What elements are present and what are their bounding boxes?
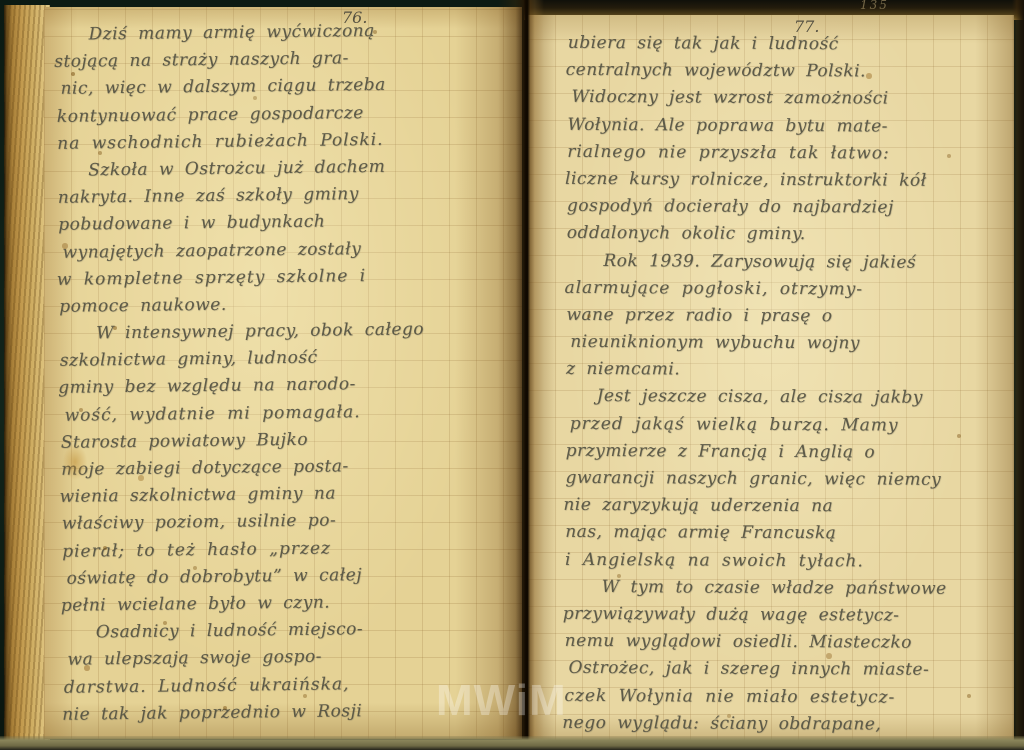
- handwritten-line: oddalonych okolic gminy.: [567, 220, 1011, 250]
- handwritten-line: nas, mając armię Francuską: [565, 519, 1009, 549]
- handwritten-line: nie zaryzykują uderzenia na: [563, 492, 1009, 522]
- handwritten-line: liczne kursy rolnicze, instruktorki kół: [565, 166, 1011, 196]
- handwritten-line: ubiera się tak jak i ludność: [568, 30, 1012, 60]
- foxing-spots-left: [44, 7, 46, 9]
- handwritten-line: gwarancji naszych granic, więc niemcy: [565, 465, 1009, 495]
- handwritten-line: Jest jeszcze cisza, ale cisza jakby: [564, 383, 1010, 413]
- diary-scan: 76. Dziś mamy armię wyćwiczonąstojącą na…: [0, 0, 1024, 750]
- right-page: 77. ubiera się tak jak i ludnośćcentraln…: [528, 15, 1014, 742]
- handwritten-line: z niemcami.: [566, 356, 1010, 386]
- handwritten-line: nieuniknionym wybuchu wojny: [570, 329, 1010, 358]
- handwritten-line: Ostrożec, jak i szereg innych miaste-: [568, 655, 1008, 684]
- handwritten-line: gospodyń docierały do najbardziej: [567, 193, 1011, 223]
- handwritten-line: nemu wyglądowi osiedli. Miasteczko: [565, 628, 1009, 658]
- handwritten-line: rialnego nie przyszła tak łatwo:: [567, 139, 1011, 169]
- archive-watermark: MWiM: [436, 676, 567, 726]
- left-page: 76. Dziś mamy armię wyćwiczonąstojącą na…: [4, 5, 524, 742]
- bottom-cover-edge: [0, 736, 1024, 750]
- handwritten-line: czek Wołynia nie miało estetycz-: [564, 682, 1008, 712]
- handwritten-line: W tym to czasie władze państwowe: [569, 574, 1009, 603]
- handwritten-line: przywiązywały dużą wagę estetycz-: [563, 601, 1009, 631]
- left-page-paper: 76. Dziś mamy armię wyćwiczonąstojącą na…: [44, 7, 522, 739]
- handwritten-line: centralnych województw Polski.: [566, 57, 1012, 87]
- handwritten-line: Rok 1939. Zarysowują się jakieś: [571, 247, 1011, 276]
- foxing-spots-right: [528, 15, 530, 17]
- right-outer-edge: [1012, 0, 1024, 750]
- handwritten-line: nego wyglądu: ściany obdrapane,: [562, 710, 1008, 740]
- handwritten-line: Widoczny jest wzrost zamożności: [571, 84, 1011, 113]
- faint-top-numbering: 135: [860, 0, 889, 12]
- left-handwritten-text: Dziś mamy armię wyćwiczonąstojącą na str…: [56, 16, 525, 728]
- stain-blotch: [58, 437, 92, 487]
- right-handwritten-text: ubiera się tak jak i ludnośćcentralnych …: [564, 30, 1012, 739]
- handwritten-line: przed jakąś wielką burzą. Mamy: [570, 410, 1010, 439]
- handwritten-line: przymierze z Francją i Anglią o: [566, 438, 1010, 468]
- handwritten-line: wane przez radio i prasę o: [566, 302, 1010, 332]
- right-page-paper: 77. ubiera się tak jak i ludnośćcentraln…: [528, 15, 1014, 742]
- handwritten-line: alarmujące pogłoski, otrzymy-: [564, 275, 1010, 305]
- handwritten-line: Wołynia. Ale poprawa bytu mate-: [567, 111, 1011, 141]
- handwritten-line: i Angielską na swoich tyłach.: [565, 546, 1009, 576]
